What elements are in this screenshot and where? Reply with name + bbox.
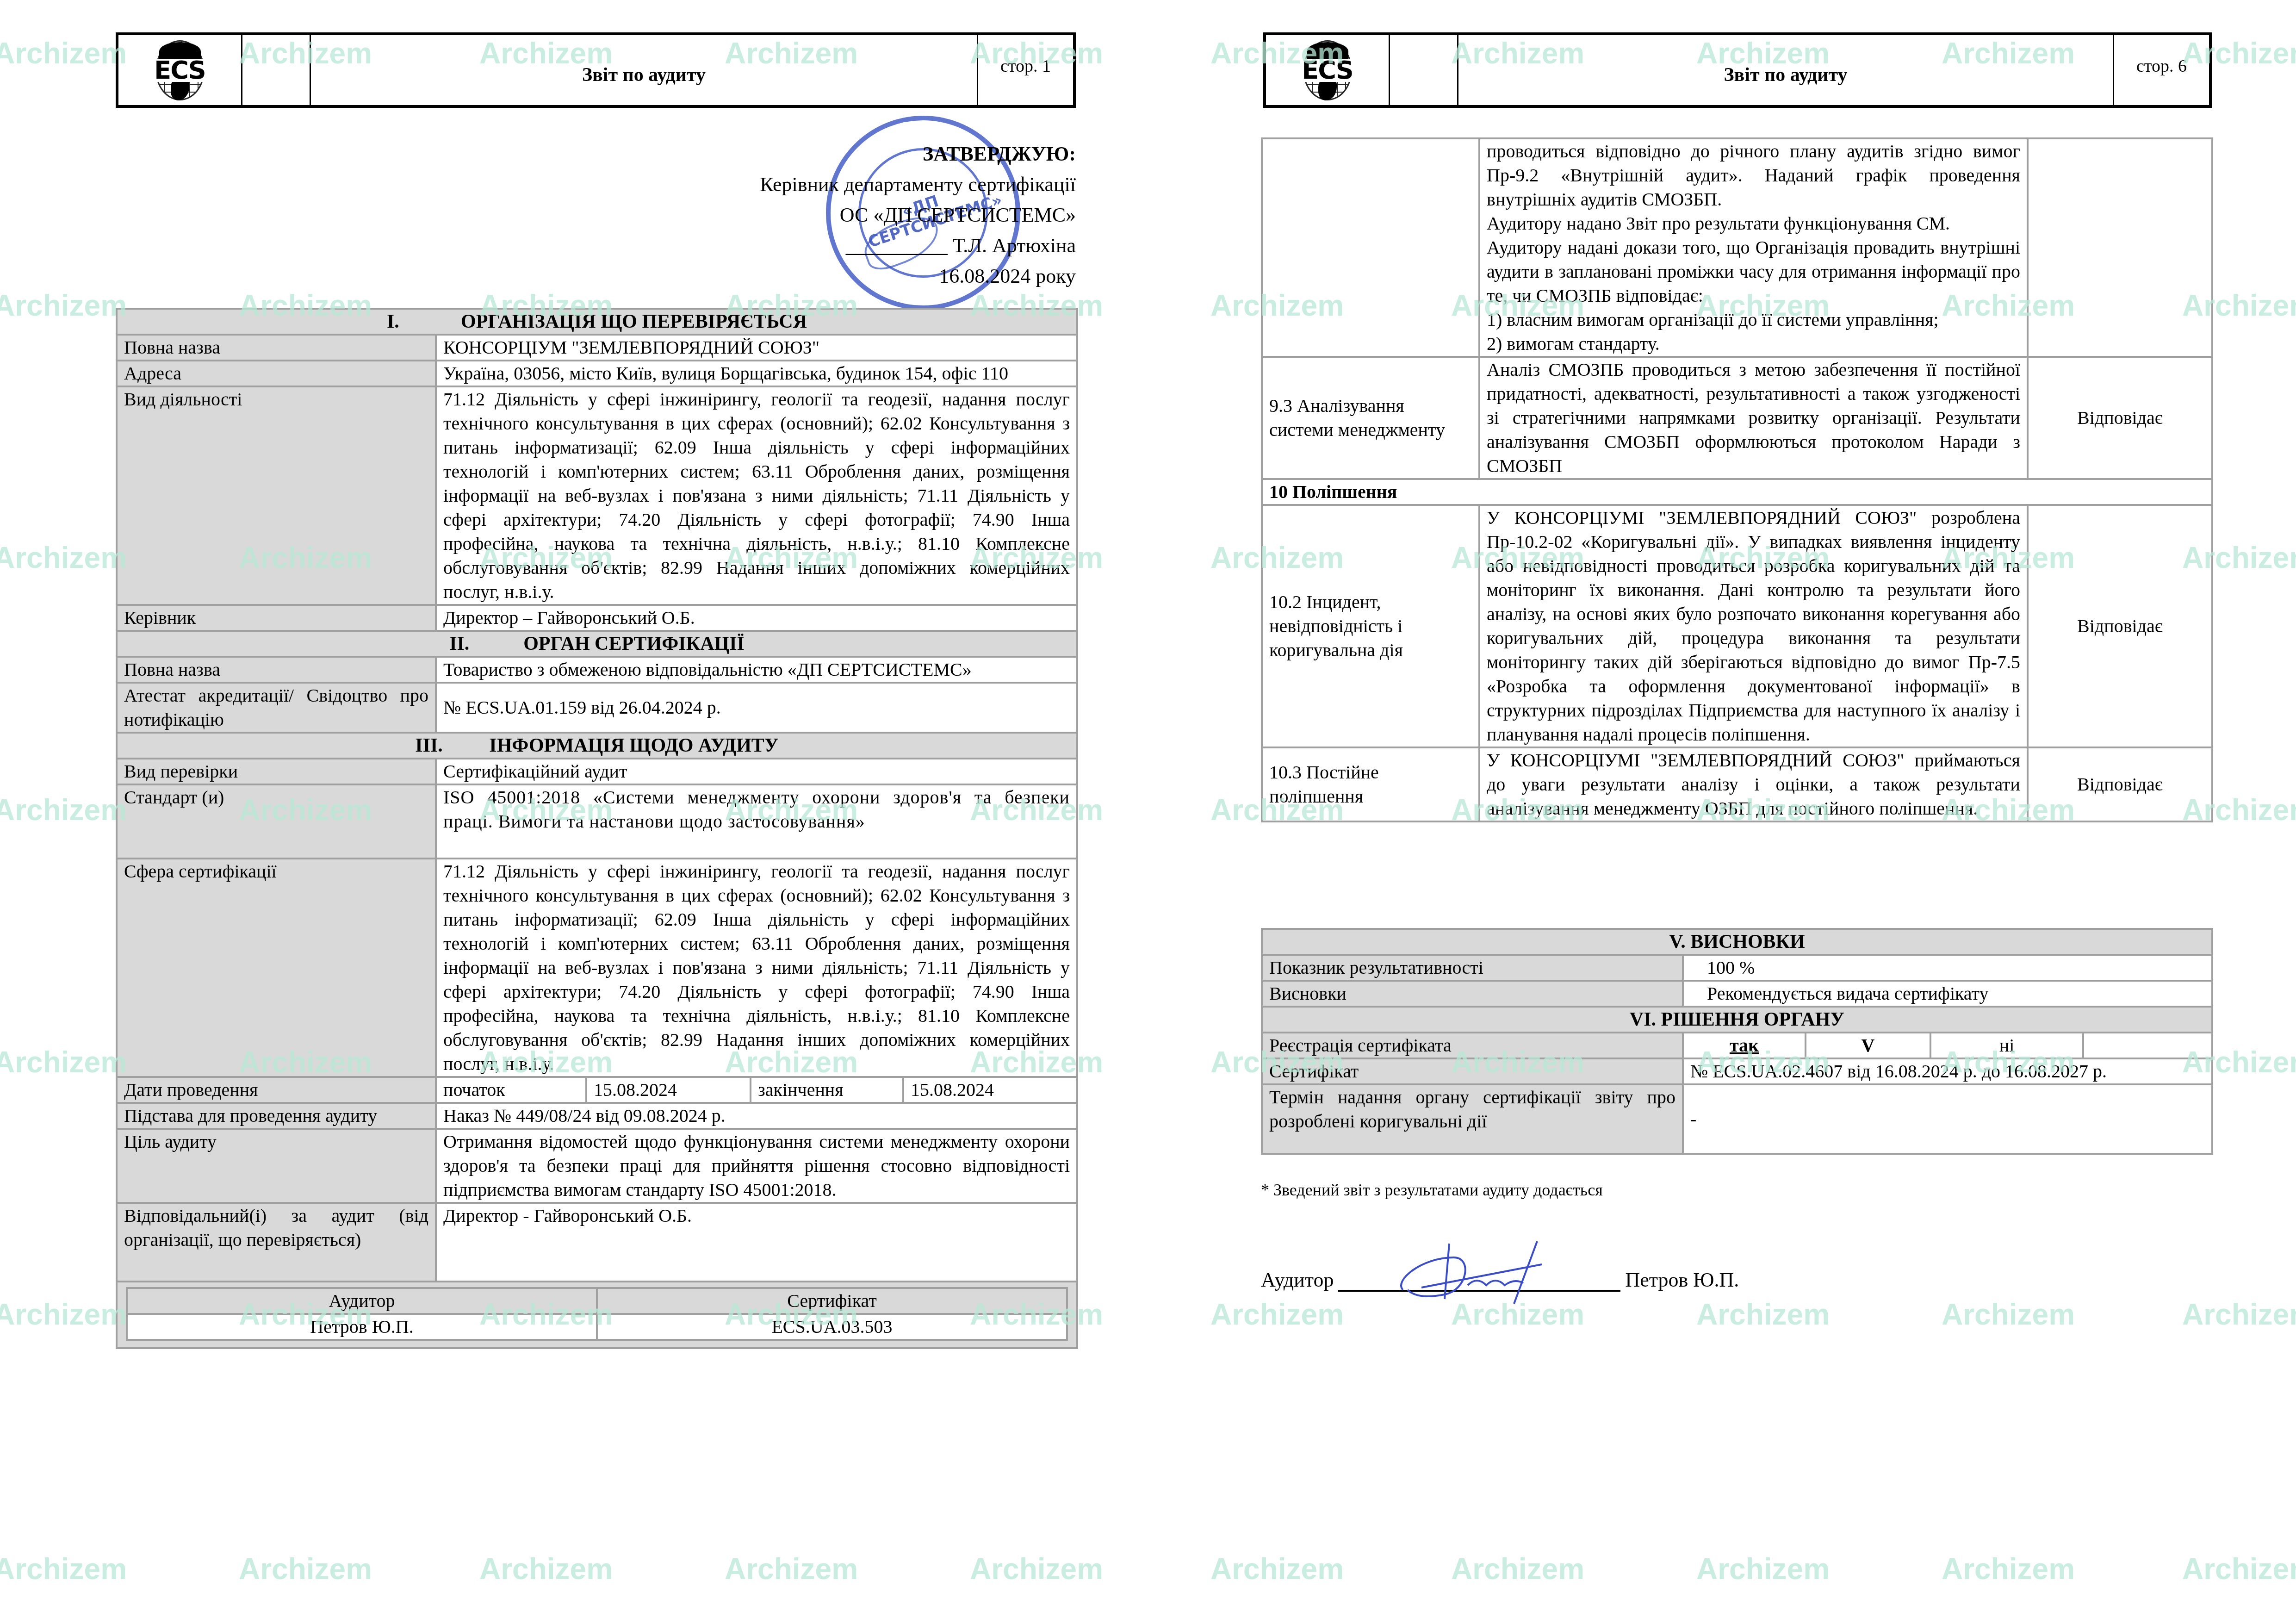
table-row: Повна назваКОНСОРЦІУМ "ЗЕМЛЕВПОРЯДНИЙ СО… <box>117 335 1077 361</box>
watermark-text: Archizem <box>0 288 127 323</box>
table-row: Підстава для проведення аудитуНаказ № 44… <box>117 1103 1077 1129</box>
start-date: 15.08.2024 <box>586 1077 751 1103</box>
section-header: VI. РІШЕННЯ ОРГАНУ <box>1262 1007 2212 1033</box>
table-row: Повна назваТовариство з обмеженою відпов… <box>117 657 1077 683</box>
watermark-text: Archizem <box>1942 1297 2075 1332</box>
watermark-text: Archizem <box>2182 1297 2296 1332</box>
certificate-number: № ECS.UA.02.4607 від 16.08.2024 р. до 16… <box>1683 1058 2212 1084</box>
page-title: Звіт по аудиту <box>311 35 978 105</box>
status-badge: Відповідає <box>2028 747 2212 821</box>
table-row: Сертифікат№ ECS.UA.02.4607 від 16.08.202… <box>1262 1058 2212 1084</box>
status-badge: Відповідає <box>2028 505 2212 747</box>
logo-cell: ECS <box>118 35 242 105</box>
end-date: 15.08.2024 <box>903 1077 1077 1103</box>
audit-info-table: I.ОРГАНІЗАЦІЯ ЩО ПЕРЕВІРЯЄТЬСЯ Повна наз… <box>116 308 1078 1349</box>
watermark-text: Archizem <box>0 793 127 827</box>
ecs-logo-icon: ECS <box>145 36 215 105</box>
table-row: 10.2 Інцидент, невідповідність і коригув… <box>1262 505 2212 747</box>
table-row: Дати проведення початок 15.08.2024 закін… <box>117 1077 1077 1103</box>
watermark-text: Archizem <box>0 1297 127 1332</box>
table-row: Вид діяльності71.12 Діяльність у сфері і… <box>117 386 1077 605</box>
section-header: 10 Поліпшення <box>1262 479 2212 505</box>
findings-table: проводиться відповідно до річного плану … <box>1261 137 2213 822</box>
watermark-text: Archizem <box>0 541 127 575</box>
registration-yes-mark: V <box>1806 1033 1930 1058</box>
approval-signatory: __________ Т.Л. Артюхіна <box>760 230 1076 261</box>
table-row: 9.3 Аналізування системи менеджменту Ана… <box>1262 357 2212 479</box>
watermark-text: Archizem <box>1210 1297 1344 1332</box>
watermark-text: Archizem <box>2182 1552 2296 1586</box>
registration-yes-label: так <box>1730 1035 1759 1056</box>
table-row: АдресаУкраїна, 03056, місто Київ, вулиця… <box>117 361 1077 386</box>
footnote: * Зведений звіт з результатами аудиту до… <box>1261 1180 1603 1200</box>
table-row: Показник результативності100 % <box>1262 955 2212 981</box>
table-row: ВисновкиРекомендується видача сертифікат… <box>1262 981 2212 1007</box>
section-header: V. ВИСНОВКИ <box>1262 929 2212 955</box>
auditor-signature-line: Аудитор Петров Ю.П. <box>1261 1268 1739 1292</box>
page-header: ECS Звіт по аудиту стор. 1 <box>116 32 1076 108</box>
header-blank-cell <box>242 35 311 105</box>
watermark-text: Archizem <box>0 1552 127 1586</box>
auditors-row: АудиторСертифікат Петров Ю.П.ECS.UA.03.5… <box>117 1282 1077 1348</box>
watermark-text: Archizem <box>725 1552 858 1586</box>
approval-date: 16.08.2024 року <box>760 261 1076 292</box>
signature-icon <box>1394 1239 1570 1304</box>
page-header: ECS Звіт по аудиту стор. 6 <box>1263 32 2212 108</box>
table-row: Вид перевіркиСертифікаційний аудит <box>117 759 1077 784</box>
registration-no-label: ні <box>1930 1033 2083 1058</box>
page-number: стор. 1 <box>978 35 1073 105</box>
header-blank-cell <box>1390 35 1458 105</box>
table-row: Сфера сертифікації71.12 Діяльність у сфе… <box>117 859 1077 1077</box>
table-row: КерівникДиректор – Гайворонський О.Б. <box>117 605 1077 631</box>
status-badge: Відповідає <box>2028 357 2212 479</box>
section-header: I.ОРГАНІЗАЦІЯ ЩО ПЕРЕВІРЯЄТЬСЯ <box>117 309 1077 335</box>
watermark-text: Archizem <box>1696 1552 1830 1586</box>
auditor-certificate: ECS.UA.03.503 <box>597 1314 1067 1340</box>
table-row: проводиться відповідно до річного плану … <box>1262 138 2212 357</box>
watermark-text: Archizem <box>479 1552 613 1586</box>
approval-position: Керівник департаменту сертифікації <box>760 169 1076 200</box>
watermark-text: Archizem <box>239 1552 372 1586</box>
ecs-logo-icon: ECS <box>1293 36 1362 105</box>
watermark-text: Archizem <box>1451 1552 1584 1586</box>
auditor-name: Петров Ю.П. <box>127 1314 597 1340</box>
watermark-text: Archizem <box>1210 1552 1344 1586</box>
approval-heading: ЗАТВЕРДЖУЮ: <box>760 139 1076 169</box>
watermark-text: Archizem <box>1696 1297 1830 1332</box>
auditors-table: АудиторСертифікат Петров Ю.П.ECS.UA.03.5… <box>126 1287 1068 1341</box>
logo-cell: ECS <box>1266 35 1390 105</box>
table-row: 10.3 Постійне поліпшення У КОНСОРЦІУМІ "… <box>1262 747 2212 821</box>
conclusions-table: V. ВИСНОВКИ Показник результативності100… <box>1261 928 2213 1155</box>
section-header: II.ОРГАН СЕРТИФІКАЦІЇ <box>117 631 1077 657</box>
page-title: Звіт по аудиту <box>1458 35 2114 105</box>
table-row: Ціль аудитуОтримання відомостей щодо фун… <box>117 1129 1077 1203</box>
watermark-text: Archizem <box>1942 1552 2075 1586</box>
section-header: III.ІНФОРМАЦІЯ ЩОДО АУДИТУ <box>117 733 1077 759</box>
watermark-text: Archizem <box>0 36 127 70</box>
auditor-name: Петров Ю.П. <box>1625 1268 1739 1292</box>
approval-block: ЗАТВЕРДЖУЮ: Керівник департаменту сертиф… <box>760 139 1076 292</box>
watermark-text: Archizem <box>0 1045 127 1079</box>
table-row: Відповідальний(і) за аудит (від організа… <box>117 1203 1077 1282</box>
table-row: Термін надання органу сертифікації звіту… <box>1262 1084 2212 1154</box>
registration-no-mark <box>2083 1033 2212 1058</box>
table-row: Атестат акредитації/ Свідоцтво про нотиф… <box>117 683 1077 733</box>
table-row: Стандарт (и)ISO 45001:2018 «Системи мене… <box>117 784 1077 859</box>
table-row: Реєстрація сертифіката так V ні <box>1262 1033 2212 1058</box>
effectiveness-value: 100 % <box>1683 955 2212 981</box>
watermark-text: Archizem <box>970 1552 1103 1586</box>
page-number: стор. 6 <box>2114 35 2209 105</box>
approval-org: ОС «ДП СЕРТСИСТЕМС» <box>760 200 1076 230</box>
